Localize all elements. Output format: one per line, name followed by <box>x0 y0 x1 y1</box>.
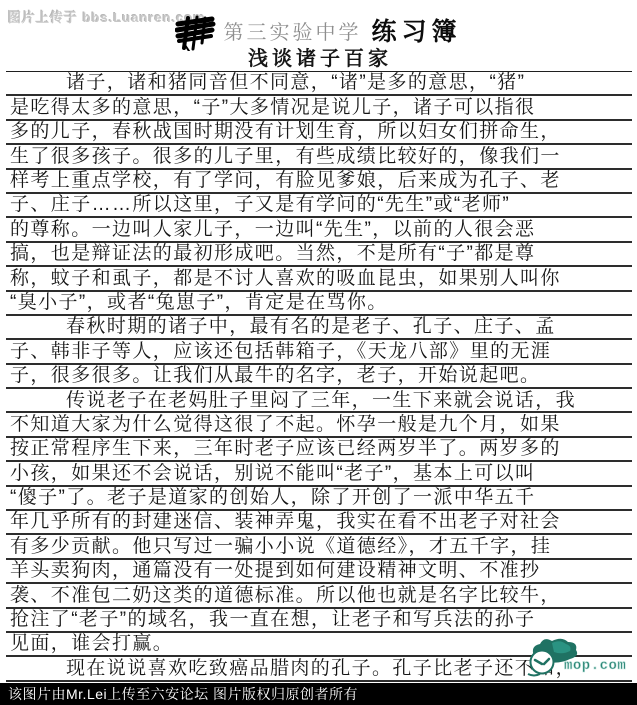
essay-line: 抢注了“老子”的域名，我一直在想，让老子和写兵法的孙子 <box>6 609 632 633</box>
essay-line-text: 按正常程序生下来，三年时老子应该已经两岁半了。两岁多的 <box>10 439 561 459</box>
essay-line: 有多少贡献。他只写过一骗小小说《道德经》，才五千字，挂 <box>6 535 632 559</box>
mop-wordmark: mop.com <box>564 658 626 674</box>
essay-lines: 诸子，诸和猪同音但不同意，“诸”是多的意思，“猪”是吃得太多的意思，“子”大多情… <box>6 72 632 682</box>
essay-line-text: 小孩，如果还不会说话，别说不能叫“老子”，基本上可以叫 <box>10 464 535 484</box>
essay-line: 按正常程序生下来，三年时老子应该已经两岁半了。两岁多的 <box>6 438 632 462</box>
essay-line-text: 抢注了“老子”的域名，我一直在想，让老子和写兵法的孙子 <box>10 610 535 630</box>
school-name: 第三实验中学 <box>223 16 361 45</box>
essay-line-text: 子、庄子……所以这里，子又是有学问的“先生”或“老师” <box>10 195 510 215</box>
essay-line-text: 春秋时期的诸子中，最有名的是老子、孔子、庄子、孟 <box>66 317 556 337</box>
essay-line-text: 见面，谁会打赢。 <box>10 634 173 654</box>
essay-line: “臭小子”，或者“兔崽子”，肯定是在骂你。 <box>6 292 632 316</box>
book-type-label: 练习簿 <box>371 12 461 48</box>
essay-line: 春秋时期的诸子中，最有名的是老子、孔子、庄子、孟 <box>6 316 632 340</box>
essay-line-text: 的尊称。一边叫人家儿子，一边叫“先生”，以前的人很会恶 <box>10 220 535 240</box>
essay-body: 浅谈诸子百家 诸子，诸和猪同音但不同意，“诸”是多的意思，“猪”是吃得太多的意思… <box>6 46 632 682</box>
essay-line: “傻子”了。老子是道家的创始人，除了开创了一派中华五千 <box>6 487 632 511</box>
essay-line-text: 子，很多很多。让我们从最牛的名字，老子，开始说起吧。 <box>10 366 540 386</box>
essay-line-text: 子、韩非子等人，应该还包括韩箱子，《天龙八部》里的无涯 <box>10 342 551 362</box>
scanned-exercise-book-page: 图片上传于 bbs.Luanren.com 第三实验中学 练习簿 浅谈诸子百家 … <box>0 0 637 705</box>
essay-line-text: 诸子，诸和猪同音但不同意，“诸”是多的意思，“猪” <box>66 73 525 93</box>
essay-line-text: 羊头卖狗肉，通篇没有一处提到如何建设精神文明、不准抄 <box>10 561 540 581</box>
essay-line-text: 是吃得太多的意思，“子”大多情况是说儿子，诸子可以指很 <box>10 98 535 118</box>
essay-line: 小孩，如果还不会说话，别说不能叫“老子”，基本上可以叫 <box>6 462 632 486</box>
essay-line-text: “傻子”了。老子是道家的创始人，除了开创了一派中华五千 <box>10 488 535 508</box>
essay-line: 子，很多很多。让我们从最牛的名字，老子，开始说起吧。 <box>6 365 632 389</box>
essay-line-text: 有多少贡献。他只写过一骗小小说《道德经》，才五千字，挂 <box>10 537 551 557</box>
essay-title: 浅谈诸子百家 <box>248 49 392 70</box>
essay-line: 样考上重点学校，有了学问，有脸见爹娘，后来成为孔子、老 <box>6 170 632 194</box>
essay-line-text: 多的儿子，春秋战国时期没有计划生育，所以妇女们拼命生， <box>10 122 561 142</box>
essay-line: 称，蚊子和虱子，都是不讨人喜欢的吸血昆虫，如果别人叫你 <box>6 267 632 291</box>
essay-line: 传说老子在老妈肚子里闷了三年，一生下来就会说话，我 <box>6 389 632 413</box>
essay-line: 袭、不准包二奶这类的道德标准。所以他也就是名字比较牛， <box>6 584 632 608</box>
notebook-header: 第三实验中学 练习簿 <box>0 12 637 48</box>
essay-line-text: 称，蚊子和虱子，都是不讨人喜欢的吸血昆虫，如果别人叫你 <box>10 269 561 289</box>
essay-line: 生了很多孩子。很多的儿子里，有些成绩比较好的，像我们一 <box>6 145 632 169</box>
essay-line: 搞，也是辩证法的最初形成吧。当然，不是所有“子”都是尊 <box>6 243 632 267</box>
essay-line: 诸子，诸和猪同音但不同意，“诸”是多的意思，“猪” <box>6 72 632 96</box>
essay-line: 多的儿子，春秋战国时期没有计划生育，所以妇女们拼命生， <box>6 121 632 145</box>
essay-line: 的尊称。一边叫人家儿子，一边叫“先生”，以前的人很会恶 <box>6 218 632 242</box>
essay-line-text: 搞，也是辩证法的最初形成吧。当然，不是所有“子”都是尊 <box>10 244 535 264</box>
essay-line-text: 生了很多孩子。很多的儿子里，有些成绩比较好的，像我们一 <box>10 147 561 167</box>
essay-line: 是吃得太多的意思，“子”大多情况是说儿子，诸子可以指很 <box>6 96 632 120</box>
essay-line: 子、韩非子等人，应该还包括韩箱子，《天龙八部》里的无涯 <box>6 340 632 364</box>
mop-logo: mop.com <box>522 634 634 680</box>
essay-title-row: 浅谈诸子百家 <box>6 46 632 72</box>
essay-line-text: 样考上重点学校，有了学问，有脸见爹娘，后来成为孔子、老 <box>10 171 561 191</box>
essay-line-text: 传说老子在老妈肚子里闷了三年，一生下来就会说话，我 <box>66 391 576 411</box>
essay-line: 羊头卖狗肉，通篇没有一处提到如何建设精神文明、不准抄 <box>6 560 632 584</box>
essay-line-text: 现在说说喜欢吃致癌品腊肉的孔子。孔子比老子还不如， <box>66 659 576 679</box>
bottom-copyright-bar: 该图片由Mr.Lei上传至六安论坛 图片版权归原创者所有 <box>0 683 637 705</box>
essay-line-text: 不知道大家为什么觉得这很了不起。怀孕一般是九个月，如果 <box>10 415 561 435</box>
essay-line-text: 年几乎所有的封建迷信、装神弄鬼，我实在看不出老子对社会 <box>10 512 561 532</box>
essay-line-text: 袭、不准包二奶这类的道德标准。所以他也就是名字比较牛， <box>10 586 561 606</box>
essay-line: 子、庄子……所以这里，子又是有学问的“先生”或“老师” <box>6 194 632 218</box>
essay-line: 不知道大家为什么觉得这很了不起。怀孕一般是九个月，如果 <box>6 413 632 437</box>
essay-line: 年几乎所有的封建迷信、装神弄鬼，我实在看不出老子对社会 <box>6 511 632 535</box>
essay-line-text: “臭小子”，或者“兔崽子”，肯定是在骂你。 <box>10 293 388 313</box>
